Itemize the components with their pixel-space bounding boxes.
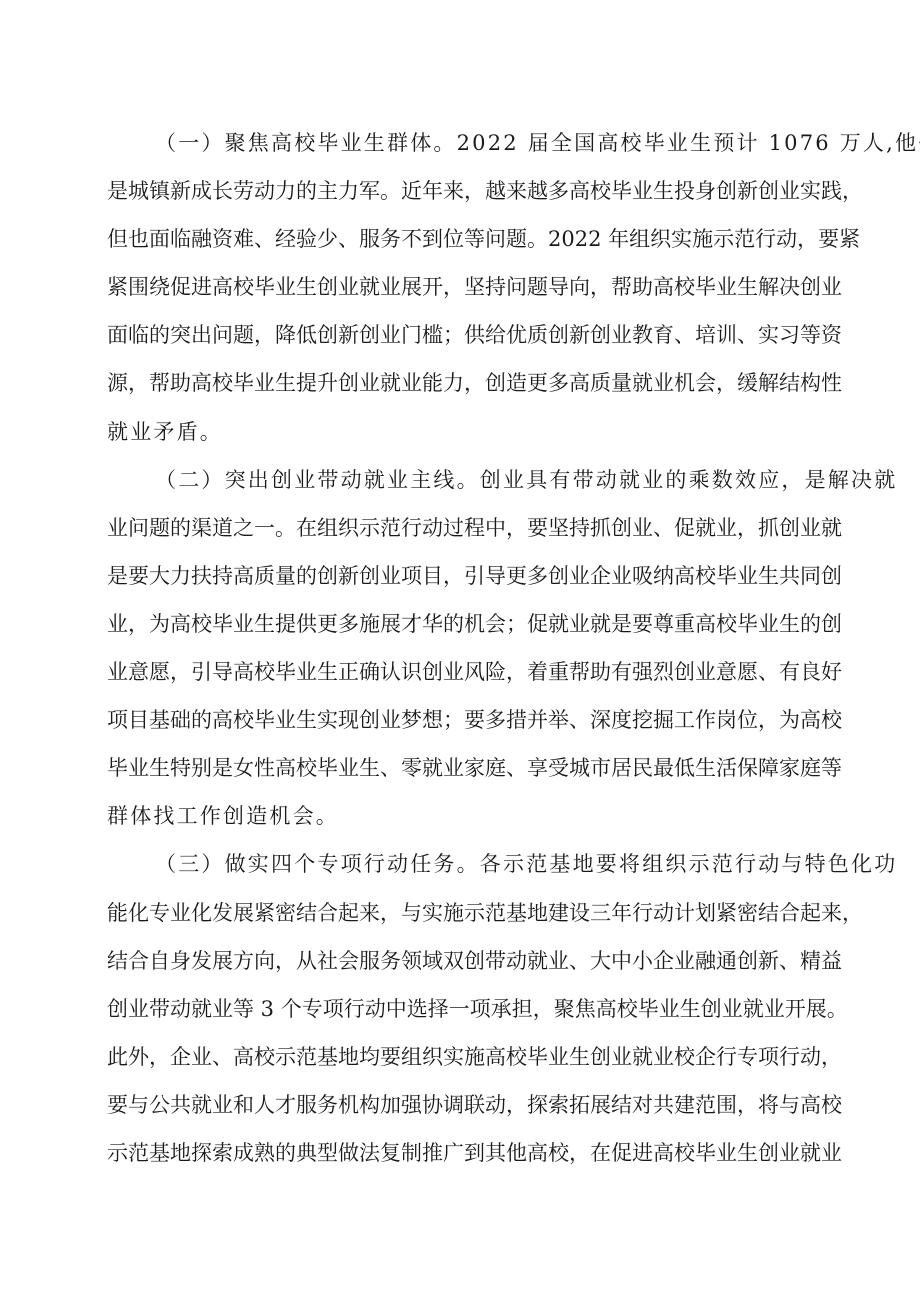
paragraph-line: 能化专业化发展紧密结合起来，与实施示范基地建设三年行动计划紧密结合起来， — [107, 889, 817, 937]
paragraph-line: 示范基地探索成熟的典型做法复制推广到其他高校，在促进高校毕业生创业就业 — [107, 1129, 817, 1177]
paragraph-line: 是要大力扶持高质量的创新创业项目，引导更多创业企业吸纳高校毕业生共同创 — [107, 552, 817, 600]
document-page: （一）聚焦高校毕业生群体。2022 届全国高校毕业生预计 1076 万人,他们 … — [0, 0, 920, 1301]
document-body: （一）聚焦高校毕业生群体。2022 届全国高校毕业生预计 1076 万人,他们 … — [107, 119, 817, 1177]
paragraph-line: （一）聚焦高校毕业生群体。2022 届全国高校毕业生预计 1076 万人,他们 — [107, 119, 817, 167]
paragraph-line: 毕业生特别是女性高校毕业生、零就业家庭、享受城市居民最低生活保障家庭等 — [107, 744, 817, 792]
paragraph-line: （三）做实四个专项行动任务。各示范基地要将组织示范行动与特色化功 — [107, 840, 817, 888]
paragraph-line: 结合自身发展方向，从社会服务领域双创带动就业、大中小企业融通创新、精益 — [107, 937, 817, 985]
paragraph-line: 业意愿，引导高校毕业生正确认识创业风险，着重帮助有强烈创业意愿、有良好 — [107, 648, 817, 696]
paragraph-line: 就业矛盾。 — [107, 408, 817, 456]
paragraph-line: 紧围绕促进高校毕业生创业就业展开，坚持问题导向，帮助高校毕业生解决创业 — [107, 263, 817, 311]
paragraph-line: 业问题的渠道之一。在组织示范行动过程中，要坚持抓创业、促就业，抓创业就 — [107, 504, 817, 552]
paragraph-line: 业，为高校毕业生提供更多施展才华的机会；促就业就是要尊重高校毕业生的创 — [107, 600, 817, 648]
paragraph-line: 项目基础的高校毕业生实现创业梦想；要多措并举、深度挖掘工作岗位，为高校 — [107, 696, 817, 744]
paragraph-2: （二）突出创业带动就业主线。创业具有带动就业的乘数效应，是解决就 业问题的渠道之… — [107, 456, 817, 841]
paragraph-1: （一）聚焦高校毕业生群体。2022 届全国高校毕业生预计 1076 万人,他们 … — [107, 119, 817, 456]
paragraph-line: 群体找工作创造机会。 — [107, 792, 817, 840]
paragraph-line: 源，帮助高校毕业生提升创业就业能力，创造更多高质量就业机会，缓解结构性 — [107, 359, 817, 407]
paragraph-line: 但也面临融资难、经验少、服务不到位等问题。2022 年组织实施示范行动，要紧 — [107, 215, 817, 263]
paragraph-3: （三）做实四个专项行动任务。各示范基地要将组织示范行动与特色化功 能化专业化发展… — [107, 840, 817, 1177]
paragraph-line: （二）突出创业带动就业主线。创业具有带动就业的乘数效应，是解决就 — [107, 456, 817, 504]
paragraph-line: 是城镇新成长劳动力的主力军。近年来，越来越多高校毕业生投身创新创业实践， — [107, 167, 817, 215]
paragraph-line: 创业带动就业等 3 个专项行动中选择一项承担，聚焦高校毕业生创业就业开展。 — [107, 985, 817, 1033]
paragraph-line: 此外，企业、高校示范基地均要组织实施高校毕业生创业就业校企行专项行动， — [107, 1033, 817, 1081]
paragraph-line: 要与公共就业和人才服务机构加强协调联动，探索拓展结对共建范围，将与高校 — [107, 1081, 817, 1129]
paragraph-line: 面临的突出问题，降低创新创业门槛；供给优质创新创业教育、培训、实习等资 — [107, 311, 817, 359]
